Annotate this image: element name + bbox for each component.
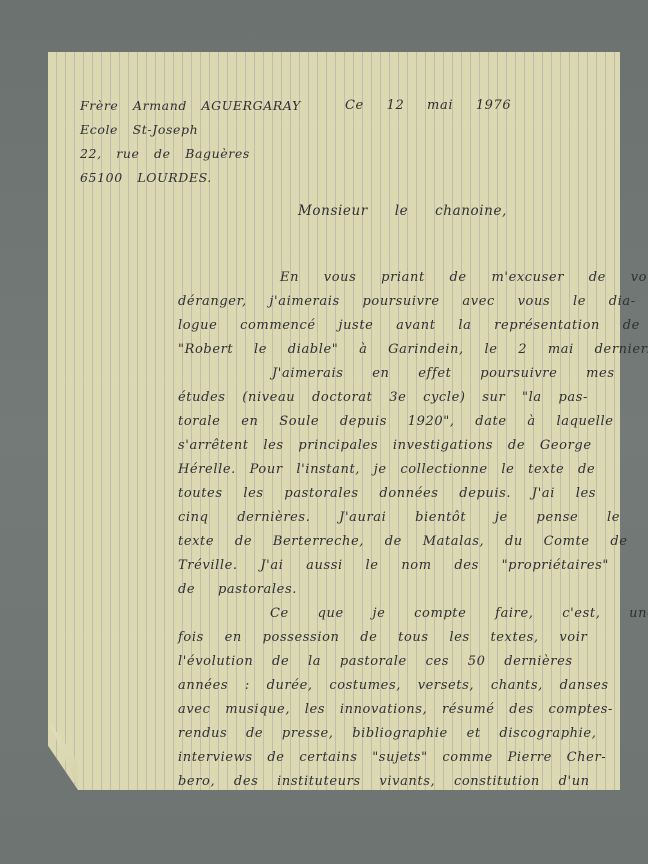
sender-street: 22, rue de Baguères xyxy=(80,146,250,161)
salutation: Monsieur le chanoine, xyxy=(298,203,507,219)
body-line: déranger, j'aimerais poursuivre avec vou… xyxy=(178,294,636,309)
body-line: l'évolution de la pastorale ces 50 derni… xyxy=(178,654,573,669)
body-line: rendus de presse, bibliographie et disco… xyxy=(178,726,596,741)
body-line: années : durée, costumes, versets, chant… xyxy=(178,678,609,693)
body-line: s'arrêtent les principales investigation… xyxy=(178,438,592,453)
body-line: interviews de certains "sujets" comme Pi… xyxy=(178,750,606,765)
body-line: de pastorales. xyxy=(178,582,297,597)
body-line: torale en Soule depuis 1920", date à laq… xyxy=(178,414,614,429)
sender-name: Frère Armand AGUERGARAY xyxy=(80,98,301,113)
body-line: "Robert le diable" à Garindein, le 2 mai… xyxy=(178,342,648,357)
body-line: Hérelle. Pour l'instant, je collectionne… xyxy=(178,462,595,477)
body-line: avec musique, les innovations, résumé de… xyxy=(178,702,613,717)
body-line: Ce que je compte faire, c'est, une xyxy=(270,606,648,621)
body-line: logue commencé juste avant la représenta… xyxy=(178,318,640,333)
body-line: toutes les pastorales données depuis. J'… xyxy=(178,486,596,501)
body-line: J'aimerais en effet poursuivre mes xyxy=(272,366,615,381)
body-line: fois en possession de tous les textes, v… xyxy=(178,630,587,645)
body-line: texte de Berterreche, de Matalas, du Com… xyxy=(178,534,628,549)
body-line: En vous priant de m'excuser de vous xyxy=(280,270,648,285)
body-line: bero, des instituteurs vivants, constitu… xyxy=(178,774,590,789)
sender-city: 65100 LOURDES. xyxy=(80,170,212,185)
sender-school: Ecole St-Joseph xyxy=(80,122,198,137)
letter-date: Ce 12 mai 1976 xyxy=(345,98,511,113)
body-line: cinq dernières. J'aurai bientôt je pense… xyxy=(178,510,620,525)
body-line: études (niveau doctorat 3e cycle) sur "l… xyxy=(178,390,588,405)
body-line: Tréville. J'ai aussi le nom des "proprié… xyxy=(178,558,609,573)
